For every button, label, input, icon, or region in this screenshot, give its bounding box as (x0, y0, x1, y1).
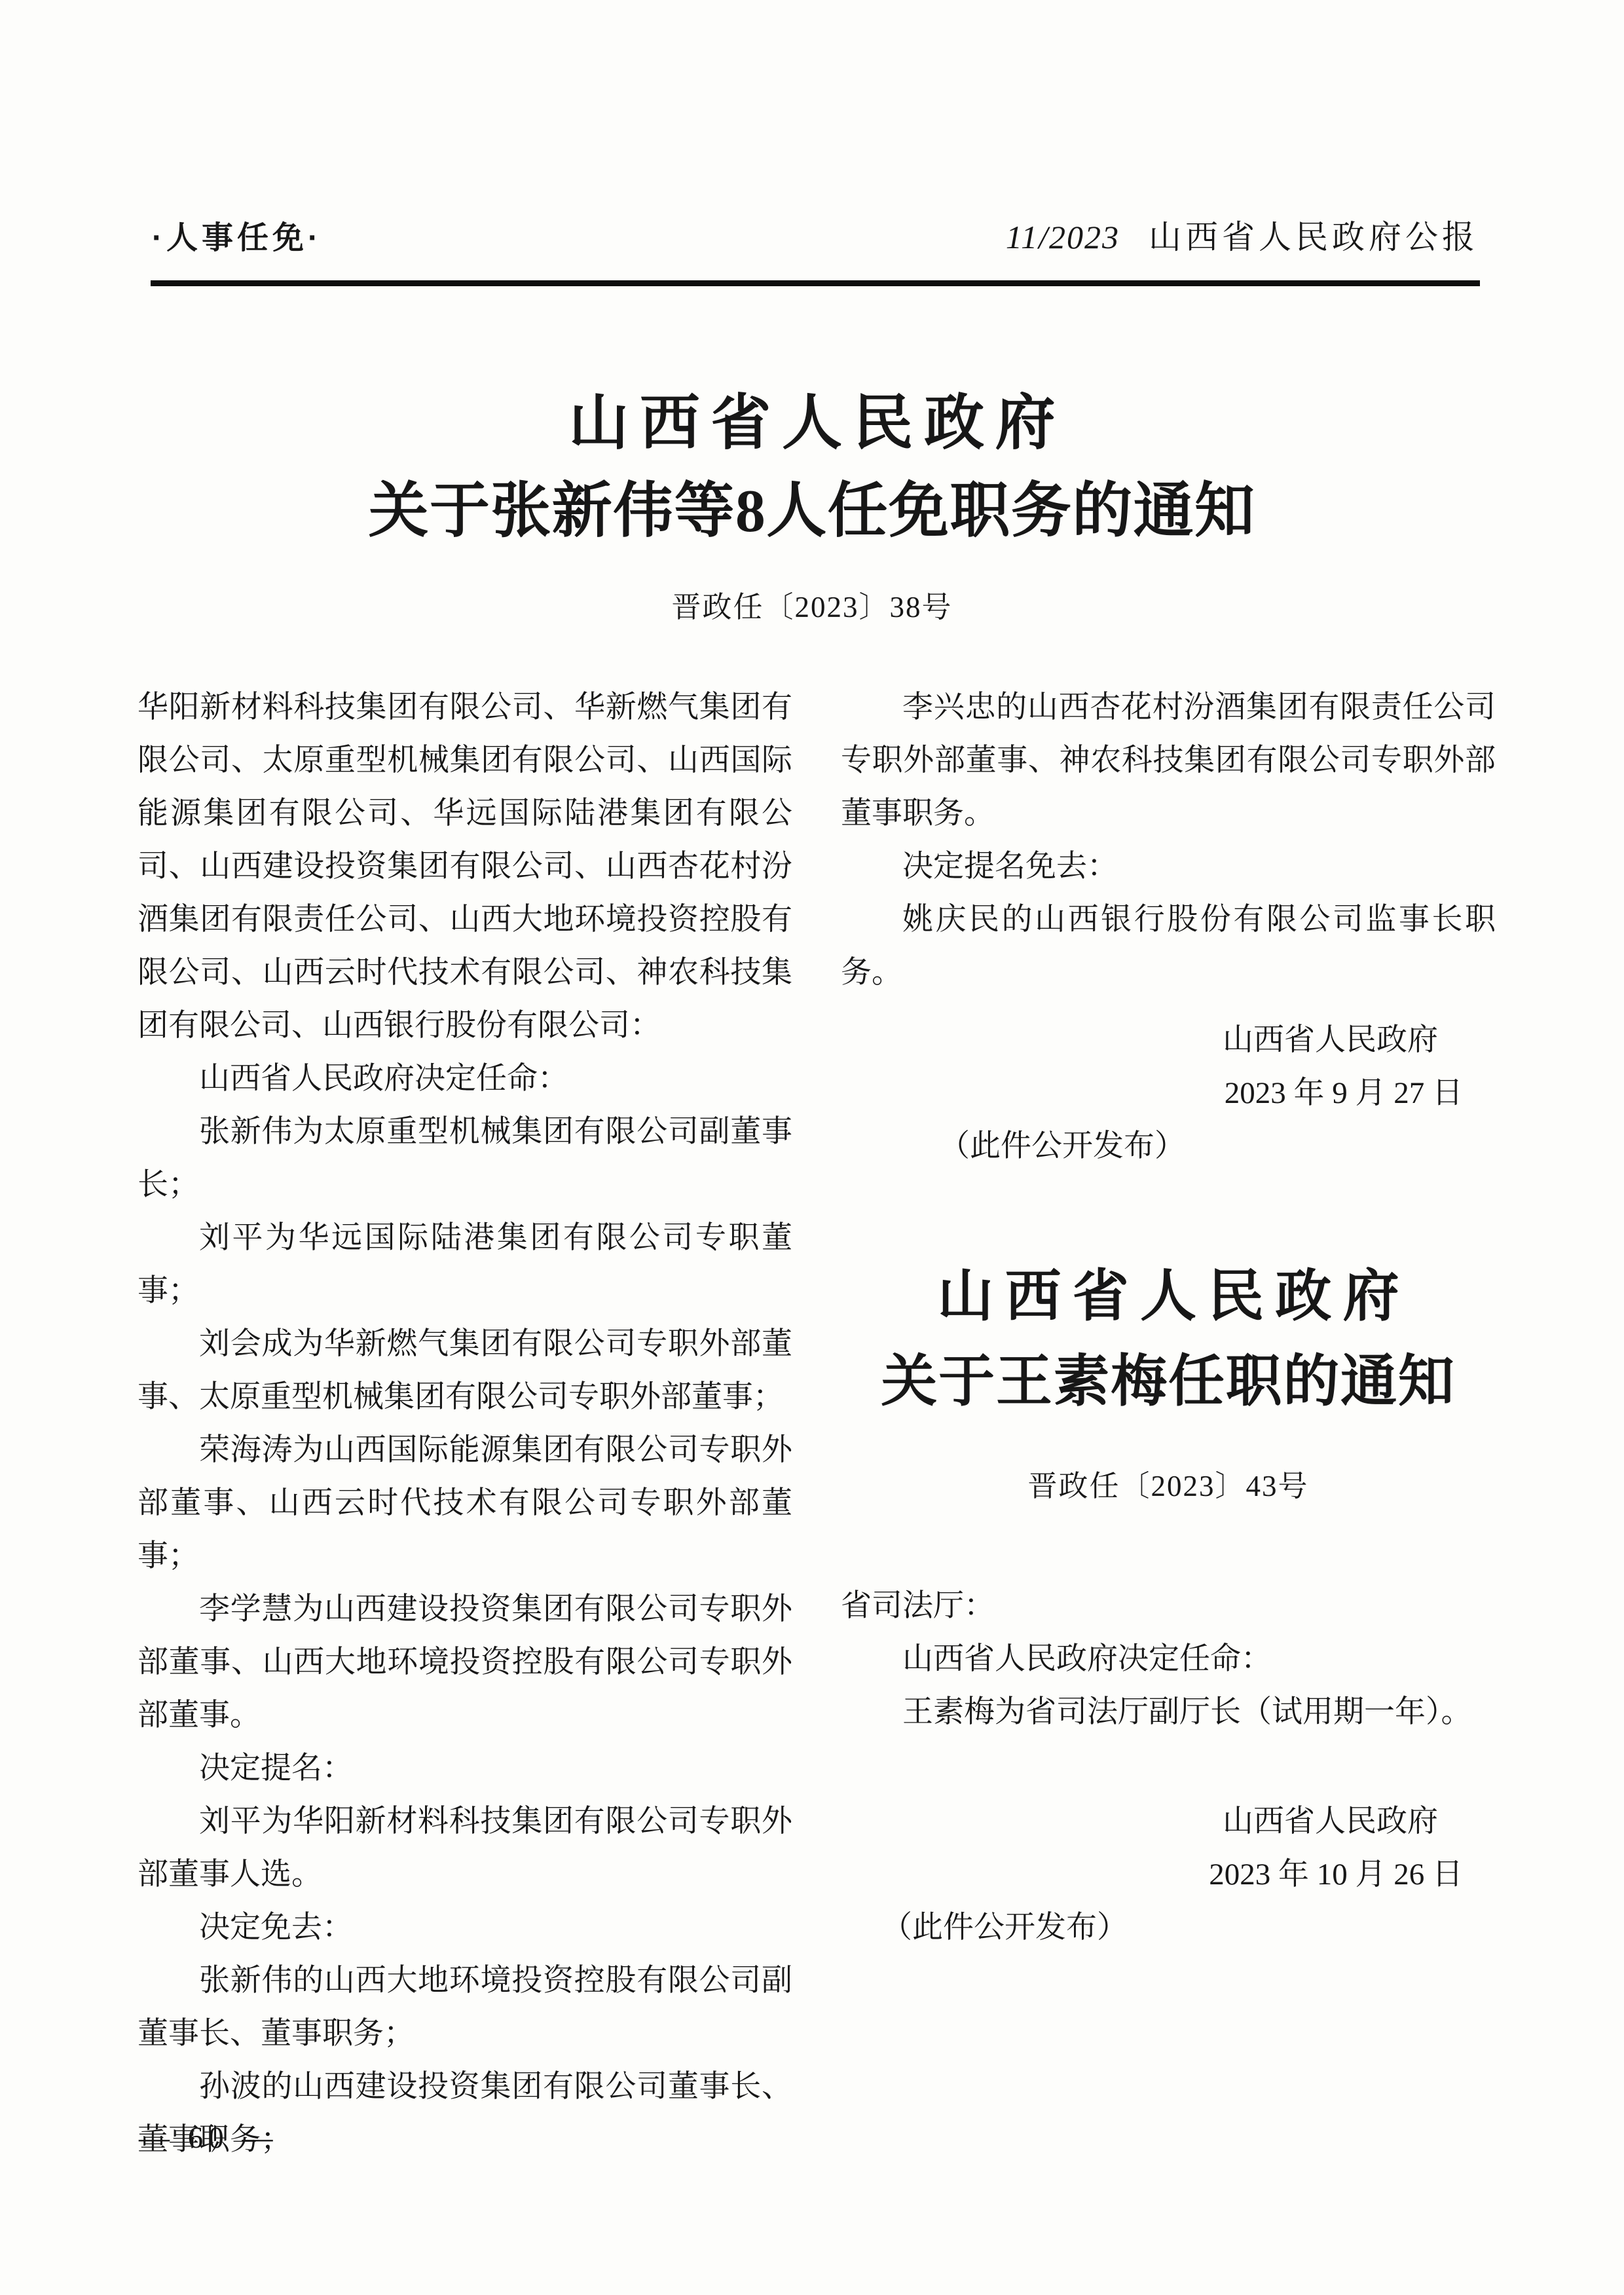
gazette-page: ·人事任免· 11/2023山西省人民政府公报 山西省人民政府 关于张新伟等8人… (0, 0, 1624, 2295)
notice1-paragraph: 刘平为华阳新材料科技集团有限公司专职外部董事人选。 (138, 1795, 792, 1901)
notice1-paragraph: 李学慧为山西建设投资集团有限公司专职外部董事、山西大地环境投资控股有限公司专职外… (138, 1583, 792, 1742)
notice-body: 华阳新材料科技集团有限公司、华新燃气集团有限公司、太原重型机械集团有限公司、山西… (138, 681, 1496, 2167)
notice1-signature: 山西省人民政府 (841, 1014, 1438, 1067)
notice1-title: 山西省人民政府 关于张新伟等8人任免职务的通知 (0, 393, 1624, 541)
notice1-title-line1: 山西省人民政府 (0, 393, 1624, 453)
header-right: 11/2023山西省人民政府公报 (1006, 211, 1479, 258)
notice1-paragraph: 张新伟的山西大地环境投资控股有限公司副董事长、董事职务； (138, 1954, 792, 2061)
notice1-paragraph: 决定免去： (138, 1901, 792, 1954)
notice1-paragraph: 刘会成为华新燃气集团有限公司专职外部董事、太原重型机械集团有限公司专职外部董事； (138, 1318, 792, 1424)
notice1-paragraph: 荣海涛为山西国际能源集团有限公司专职外部董事、山西云时代技术有限公司专职外部董事… (138, 1424, 792, 1583)
notice2-doc-number: 晋政任〔2023〕43号 (841, 1468, 1496, 1504)
notice2-paragraph: 山西省人民政府决定任命： (841, 1633, 1496, 1686)
notice1-doc-number: 晋政任〔2023〕38号 (0, 589, 1624, 625)
notice2-addressee: 省司法厅： (841, 1580, 1496, 1633)
notice2-paragraph: 王素梅为省司法厅副厅长（试用期一年）。 (841, 1686, 1496, 1739)
page-header: ·人事任免· 11/2023山西省人民政府公报 (152, 211, 1479, 258)
notice2-publish-note: （此件公开发布） (841, 1901, 1496, 1954)
notice1-paragraph: 刘平为华远国际陆港集团有限公司专职董事； (138, 1212, 792, 1318)
notice1-date: 2023 年 9 月 27 日 (841, 1067, 1463, 1120)
gazette-title: 山西省人民政府公报 (1149, 219, 1479, 255)
left-column: 华阳新材料科技集团有限公司、华新燃气集团有限公司、太原重型机械集团有限公司、山西… (138, 681, 792, 2167)
header-divider (151, 280, 1480, 286)
notice2-title-line2: 关于王素梅任职的通知 (841, 1353, 1496, 1409)
notice1-paragraph: 姚庆民的山西银行股份有限公司监事长职务。 (841, 893, 1496, 999)
notice1-title-line2: 关于张新伟等8人任免职务的通知 (0, 481, 1624, 541)
section-label: ·人事任免· (152, 212, 322, 257)
notice1-paragraph: 李兴忠的山西杏花村汾酒集团有限责任公司专职外部董事、神农科技集团有限公司专职外部… (841, 681, 1496, 840)
notice1-paragraph: 山西省人民政府决定任命： (138, 1053, 792, 1106)
notice2-date: 2023 年 10 月 26 日 (841, 1848, 1463, 1901)
issue-number: 11/2023 (1006, 219, 1120, 255)
right-column: 李兴忠的山西杏花村汾酒集团有限责任公司专职外部董事、神农科技集团有限公司专职外部… (841, 681, 1496, 2167)
notice1-paragraph: 决定提名： (138, 1742, 792, 1795)
notice1-paragraph: 张新伟为太原重型机械集团有限公司副董事长； (138, 1106, 792, 1212)
page-number: — 60 — (139, 2120, 278, 2155)
notice1-publish-note: （此件公开发布） (841, 1120, 1496, 1173)
notice2-title-line1: 山西省人民政府 (841, 1268, 1496, 1324)
notice1-addressees: 华阳新材料科技集团有限公司、华新燃气集团有限公司、太原重型机械集团有限公司、山西… (138, 681, 792, 1053)
notice2-signature: 山西省人民政府 (841, 1795, 1438, 1848)
notice2-title: 山西省人民政府 关于王素梅任职的通知 (841, 1268, 1496, 1409)
notice1-paragraph: 决定提名免去： (841, 840, 1496, 893)
